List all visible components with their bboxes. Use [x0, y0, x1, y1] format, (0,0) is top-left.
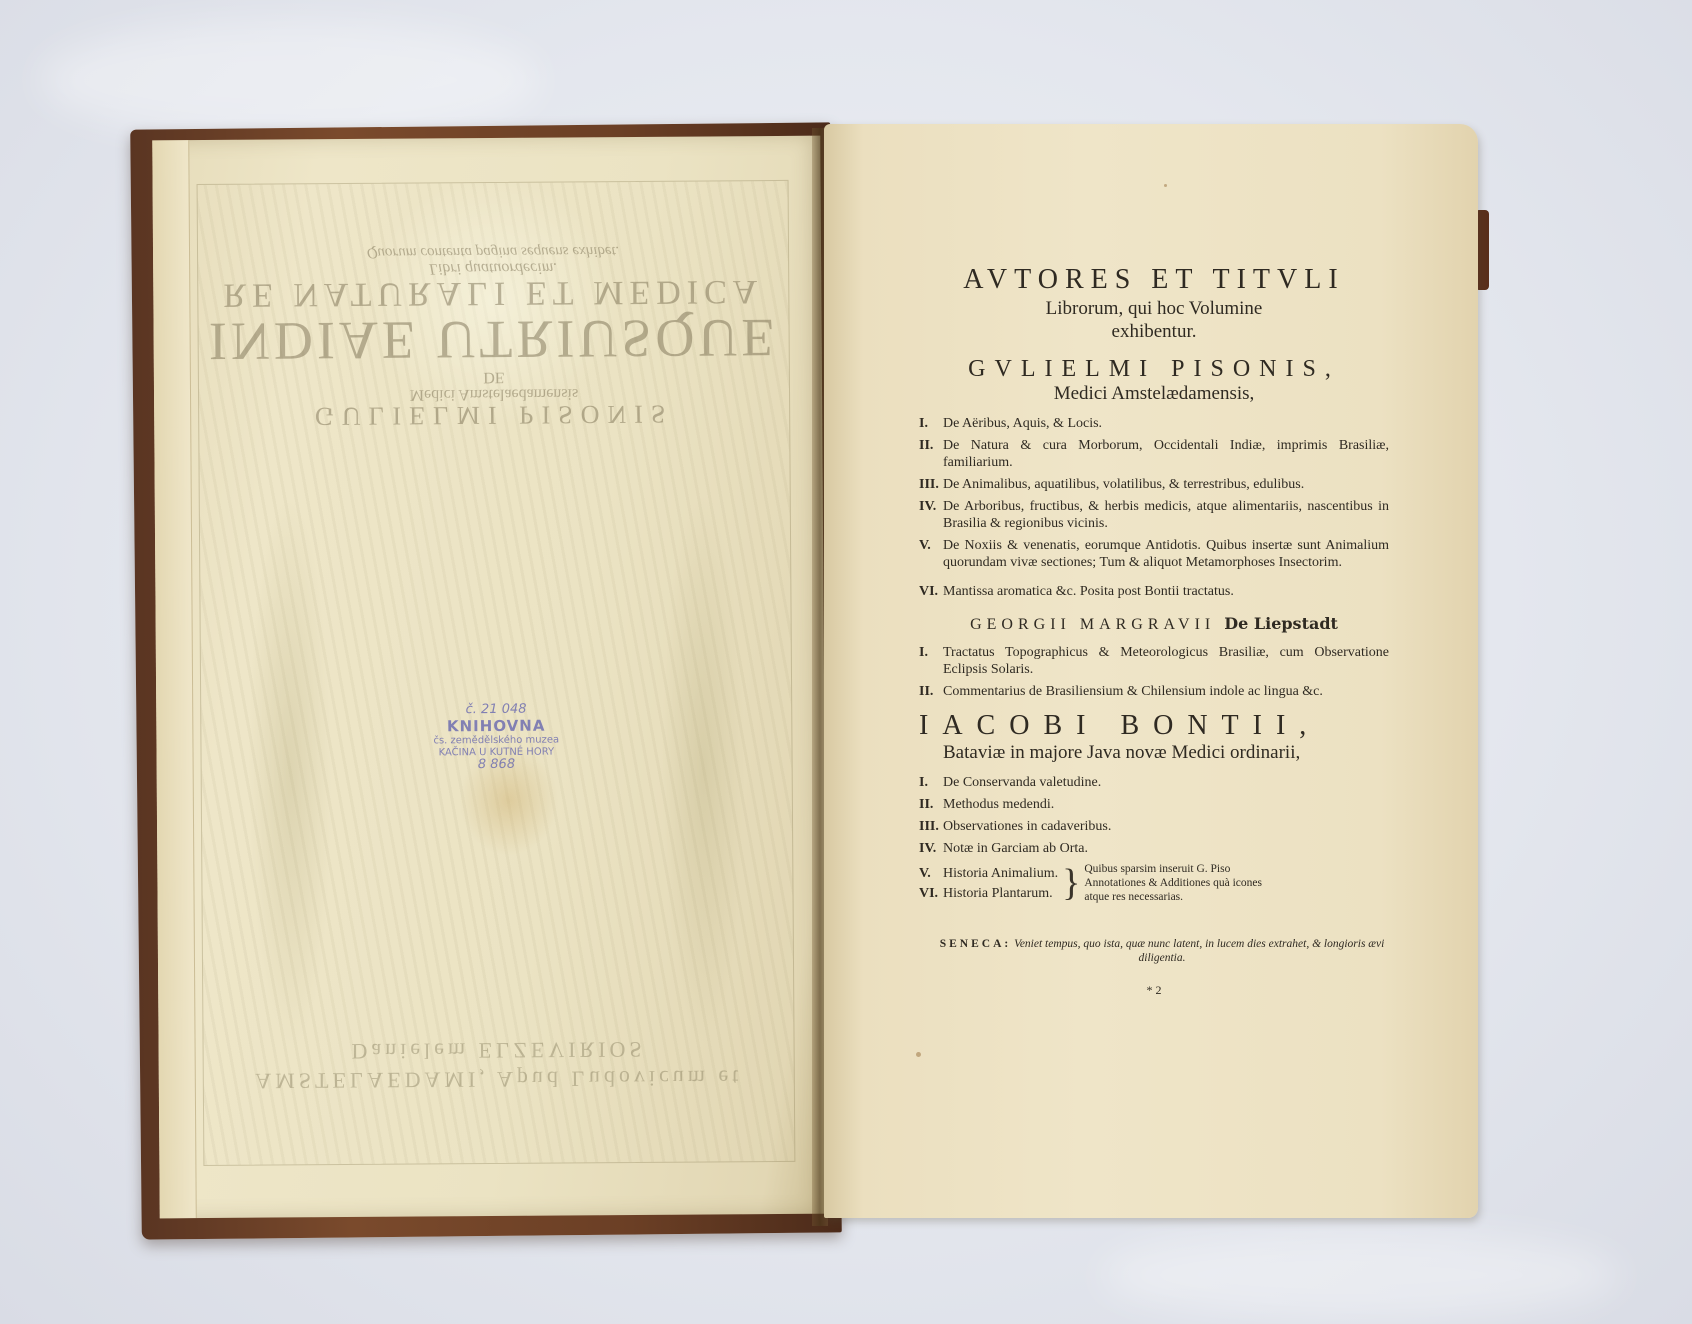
author-heading: IACOBI BONTII,: [919, 710, 1389, 742]
item-text: Historia Plantarum.: [943, 885, 1058, 902]
stamp-title: KNIHOVNA: [433, 717, 559, 735]
right-page-contents: AVTORES ET TITVLI Librorum, qui hoc Volu…: [824, 124, 1478, 1218]
item-number: IV.: [919, 498, 943, 532]
show-through-line: GULIELMI PISONIS: [199, 399, 789, 430]
list-item: V.Historia Animalium.: [919, 865, 1058, 882]
item-number: I.: [919, 644, 943, 678]
cloth-fold: [1100, 1230, 1620, 1320]
author-description: Bataviæ in majore Java novæ Medici ordin…: [919, 742, 1389, 764]
item-text: De Animalibus, aquatilibus, volatilibus,…: [943, 476, 1389, 493]
list-item: III.Observationes in cadaveribus.: [919, 818, 1389, 835]
list-item: IV.Notæ in Garciam ab Orta.: [919, 840, 1389, 857]
item-text: Mantissa aromatica &c. Posita post Bonti…: [943, 583, 1389, 600]
list-item: I.De Aëribus, Aquis, & Locis.: [919, 415, 1389, 432]
show-through-title: GULIELMI PISONIS Medici Amstelaedamensis…: [198, 241, 789, 431]
list-item: II.Methodus medendi.: [919, 796, 1389, 813]
item-text: Methodus medendi.: [943, 796, 1389, 813]
item-text: De Natura & cura Morborum, Occidentali I…: [943, 437, 1389, 471]
list-item: I.Tractatus Topographicus & Meteorologic…: [919, 644, 1389, 678]
stamp-line: čs. zemědělského muzea: [433, 735, 559, 747]
item-text: De Conservanda valetudine.: [943, 774, 1389, 791]
list-item: IV.De Arboribus, fructibus, & herbis med…: [919, 498, 1389, 532]
item-number: II.: [919, 683, 943, 700]
item-number: III.: [919, 476, 943, 493]
list-item: VI.Mantissa aromatica &c. Posita post Bo…: [919, 583, 1389, 600]
quote-text: Veniet tempus, quo ista, quæ nunc latent…: [1014, 938, 1384, 964]
item-number: V.: [919, 537, 943, 571]
cloth-fold: [40, 20, 540, 140]
item-text: Tractatus Topographicus & Meteorologicus…: [943, 644, 1389, 678]
engraving-plate: GULIELMI PISONIS Medici Amstelaedamensis…: [197, 180, 796, 1166]
flyleaf-edge: [152, 140, 197, 1218]
seneca-quote: SENECA: Veniet tempus, quo ista, quæ nun…: [919, 937, 1389, 965]
item-text: Observationes in cadaveribus.: [943, 818, 1389, 835]
bracketed-items: V.Historia Animalium. VI.Historia Planta…: [919, 862, 1389, 905]
item-number: IV.: [919, 840, 943, 857]
list-item: II.De Natura & cura Morborum, Occidental…: [919, 437, 1389, 471]
foxing-spot: [916, 1052, 921, 1057]
list-item: VI.Historia Plantarum.: [919, 885, 1058, 902]
item-text: Commentarius de Brasiliensium & Chilensi…: [943, 683, 1389, 700]
item-number: I.: [919, 774, 943, 791]
author-name: GEORGII MARGRAVII: [970, 616, 1215, 633]
list-item: V.De Noxiis & venenatis, eorumque Antido…: [919, 537, 1389, 571]
list-item: III.De Animalibus, aquatilibus, volatili…: [919, 476, 1389, 493]
contents-block: AVTORES ET TITVLI Librorum, qui hoc Volu…: [919, 264, 1389, 998]
item-text: Notæ in Garciam ab Orta.: [943, 840, 1389, 857]
author-heading: GVLIELMI PISONIS,: [919, 356, 1389, 383]
item-text: De Arboribus, fructibus, & herbis medici…: [943, 498, 1389, 532]
item-number: VI.: [919, 583, 943, 600]
item-text: De Noxiis & venenatis, eorumque Antidoti…: [943, 537, 1389, 571]
item-number: II.: [919, 437, 943, 471]
author-description: Medici Amstelædamensis,: [919, 383, 1389, 405]
item-number: I.: [919, 415, 943, 432]
list-item: I.De Conservanda valetudine.: [919, 774, 1389, 791]
page-subtitle: Librorum, qui hoc Volumine: [919, 298, 1389, 321]
bracket-note: Quibus sparsim inseruit G. Piso Annotati…: [1084, 862, 1289, 904]
foxing-spot: [1164, 184, 1167, 187]
show-through-line: RE NATURALI ET MEDICA: [198, 273, 788, 313]
brace-icon: }: [1062, 864, 1080, 902]
bracket-item-list: V.Historia Animalium. VI.Historia Planta…: [919, 862, 1058, 905]
page-subtitle: exhibentur.: [919, 321, 1389, 344]
item-number: III.: [919, 818, 943, 835]
item-text: Historia Animalium.: [943, 865, 1058, 882]
show-through-imprint: AMSTELAEDAMI, Apud Ludovicum et Danielem…: [204, 1034, 794, 1095]
item-number: VI.: [919, 885, 943, 902]
item-number: II.: [919, 796, 943, 813]
show-through-line: INDIAE UTRIUSQUE: [198, 309, 788, 370]
quote-author: SENECA:: [940, 938, 1011, 950]
author-origin: De Liepstadt: [1224, 614, 1338, 633]
page-title: AVTORES ET TITVLI: [919, 264, 1389, 296]
library-stamp: č. 21 048 KNIHOVNA čs. zemědělského muze…: [433, 703, 559, 774]
stamp-number-bottom: 8 868: [434, 758, 560, 774]
item-text: De Aëribus, Aquis, & Locis.: [943, 415, 1389, 432]
author-heading: GEORGII MARGRAVII De Liepstadt: [919, 614, 1389, 634]
item-number: V.: [919, 865, 943, 882]
signature-mark: * 2: [919, 983, 1389, 998]
list-item: II.Commentarius de Brasiliensium & Chile…: [919, 683, 1389, 700]
left-page-frontispiece: GULIELMI PISONIS Medici Amstelaedamensis…: [152, 136, 828, 1219]
